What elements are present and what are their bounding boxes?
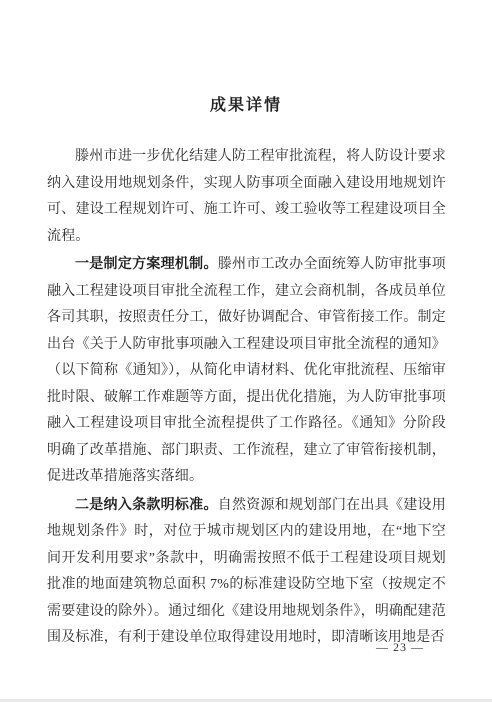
paragraph-lead: 一是制定方案理机制。 — [75, 255, 218, 271]
page-number: — 23 — — [376, 640, 424, 655]
paragraph-text: 自然资源和规划部门在出具《建设用地规划条件》时，对位于城市规划区内的建设用地，在… — [47, 498, 446, 646]
document-body: 滕州市进一步优化结建人防工程审批流程，将人防设计要求纳入建设用地规划条件，实现人… — [47, 142, 446, 652]
document-page: 成果详情 滕州市进一步优化结建人防工程审批流程，将人防设计要求纳入建设用地规划条… — [0, 0, 492, 702]
paragraph: 一是制定方案理机制。滕州市工改办全面统筹人防审批事项融入工程建设项目审批全流程工… — [47, 250, 446, 491]
paragraph-text: 滕州市工改办全面统筹人防审批事项融入工程建设项目审批全流程工作，建立会商机制，各… — [47, 257, 446, 484]
paragraph: 滕州市进一步优化结建人防工程审批流程，将人防设计要求纳入建设用地规划条件，实现人… — [47, 142, 446, 250]
paragraph-text: 滕州市进一步优化结建人防工程审批流程，将人防设计要求纳入建设用地规划条件，实现人… — [47, 149, 446, 244]
paragraph-lead: 二是纳入条款明标准。 — [75, 496, 218, 512]
page-title: 成果详情 — [0, 92, 492, 115]
paragraph: 二是纳入条款明标准。自然资源和规划部门在出具《建设用地规划条件》时，对位于城市规… — [47, 491, 446, 652]
